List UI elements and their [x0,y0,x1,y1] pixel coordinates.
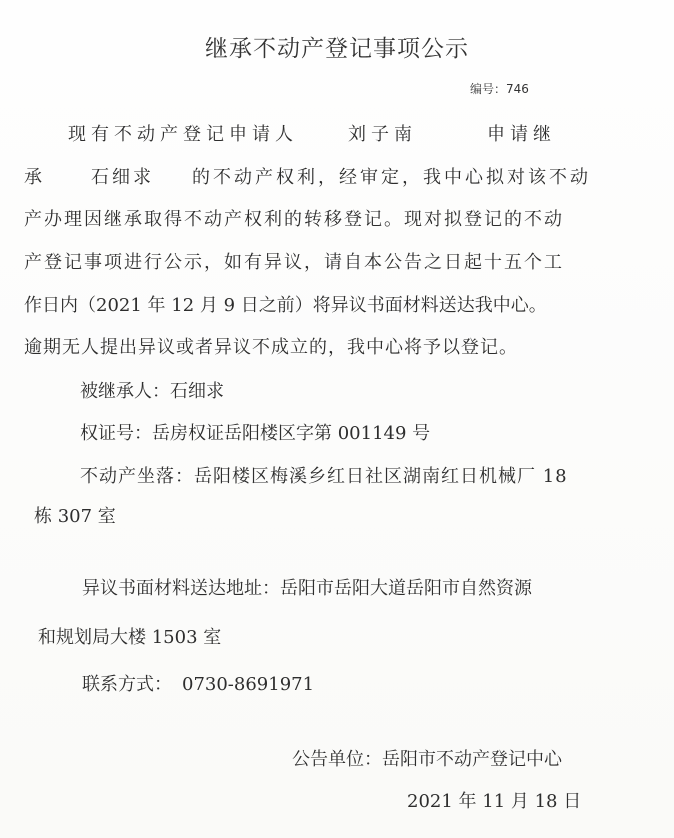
objection-address-line-1: 岳阳市岳阳大道岳阳市自然资源 [280,578,532,599]
certificate-row: 权证号：岳房权证岳阳楼区字第 001149 号 [80,419,674,445]
contact-row: 联系方式：0730-8691971 [82,670,674,696]
certificate-value: 岳房权证岳阳楼区字第 001149 号 [152,423,430,444]
serial-number: 编号：746 [470,80,529,97]
body-line-2-prefix: 承 [24,167,45,188]
serial-value: 746 [506,82,529,96]
applicant-name: 刘子南 [348,124,417,145]
decedent-row: 被继承人：石细求 [80,377,674,403]
body-line-6: 逾期无人提出异议或者异议不成立的，我中心将予以登记。 [24,333,654,359]
document-page: 继承不动产登记事项公示 编号：746 现有不动产登记申请人刘子南申请继 承石细求… [0,0,674,838]
contact-label: 联系方式： [82,674,172,695]
decedent-name-inline: 石细求 [91,167,154,188]
objection-address-label: 异议书面材料送达地址： [82,578,280,599]
issuing-unit-value: 岳阳市不动产登记中心 [382,749,562,770]
issue-date: 2021 年 11 月 18 日 [407,787,581,813]
certificate-label: 权证号： [80,423,152,444]
body-line-3: 产办理因继承取得不动产权利的转移登记。现对拟登记的不动 [24,205,654,231]
objection-address-row: 异议书面材料送达地址：岳阳市岳阳大道岳阳市自然资源 [82,574,674,600]
body-line-2: 承石细求的不动产权利，经审定，我中心拟对该不动 [24,163,654,189]
location-label: 不动产坐落： [80,466,194,487]
issuing-unit-label: 公告单位： [292,749,382,770]
body-line-5: 作日内（2021 年 12 月 9 日之前）将异议书面材料送达我中心。 [24,291,654,317]
body-line-1-suffix: 申请继 [487,124,556,145]
document-title: 继承不动产登记事项公示 [0,30,674,63]
body-line-1: 现有不动产登记申请人刘子南申请继 [24,120,654,146]
contact-value: 0730-8691971 [182,674,314,695]
location-value-line-1: 岳阳楼区梅溪乡红日社区湖南红日机械厂 18 [194,466,568,487]
location-row: 不动产坐落：岳阳楼区梅溪乡红日社区湖南红日机械厂 18 [80,462,674,488]
decedent-value: 石细求 [170,381,224,402]
body-intro: 现有不动产登记申请人 [68,124,298,145]
body-line-2-suffix: 的不动产权利，经审定，我中心拟对该不动 [192,167,591,188]
location-value-line-2: 栋 307 室 [34,502,664,528]
decedent-label: 被继承人： [80,381,170,402]
body-line-4: 产登记事项进行公示，如有异议，请自本公告之日起十五个工 [24,248,654,274]
issuing-unit: 公告单位：岳阳市不动产登记中心 [292,745,562,771]
serial-label: 编号： [470,82,506,96]
objection-address-line-2: 和规划局大楼 1503 室 [38,623,668,649]
